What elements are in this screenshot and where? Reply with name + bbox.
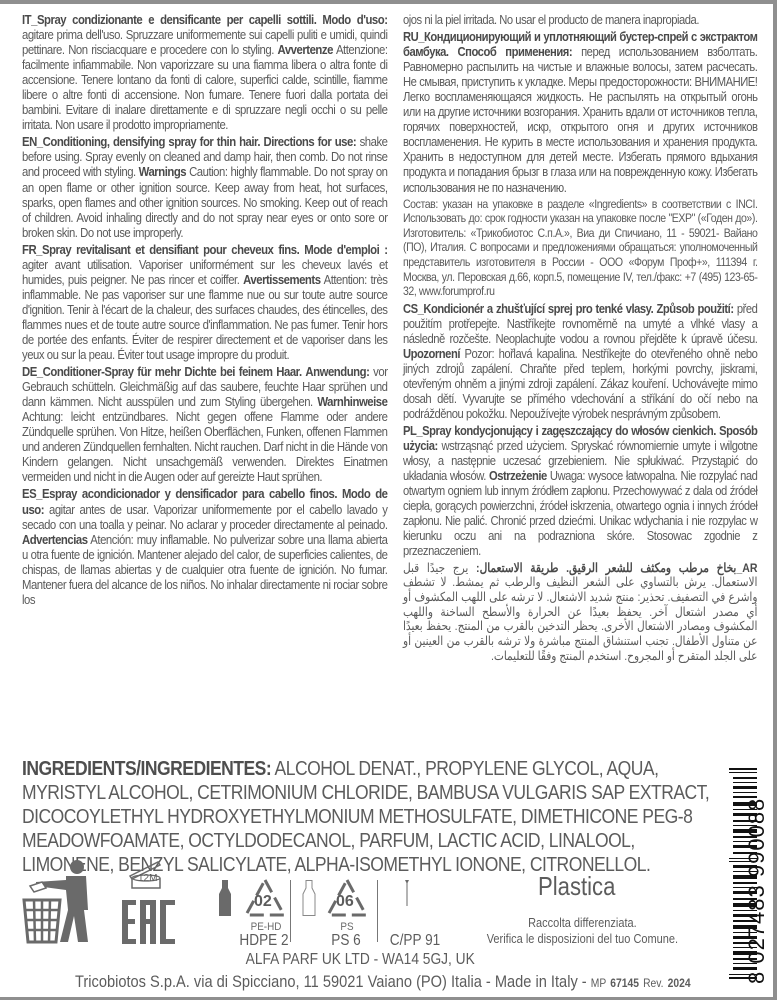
section-fr: FR_Spray revitalisant et densifiant pour…: [22, 242, 388, 362]
collection-note: Raccolta differenziata. Verifica le disp…: [468, 915, 697, 947]
ingredients-label: INGREDIENTS/INGREDIENTES:: [22, 757, 271, 780]
section-de-warn-label: Warnhinweise: [317, 394, 387, 409]
section-es-usage: agitar antes de usar. Vaporizar uniforme…: [22, 502, 388, 532]
section-cs: CS_Kondicionér a zhušťující sprej pro te…: [403, 301, 757, 421]
collection-text: Raccolta differenziata.: [468, 915, 697, 931]
section-it-usage: agitare prima dell'uso. Spruzzare unifor…: [22, 27, 388, 57]
section-ru: RU_Кондиционирующий и уплотняющий бустер…: [403, 29, 757, 195]
section-fr-title: FR_Spray revitalisant et densifiant pour…: [22, 242, 299, 257]
eac-mark-icon: [120, 898, 178, 946]
manufacturer-address: Tricobiotos S.p.A. via di Spicciano, 11 …: [75, 972, 587, 991]
section-cs-usage-label: Způsob použití:: [657, 301, 734, 316]
top-border: [0, 0, 777, 4]
right-border: [773, 0, 777, 1000]
section-en-title: EN_Conditioning, densifying spray for th…: [22, 134, 260, 149]
section-cs-title: CS_Kondicionér a zhušťující sprej pro te…: [403, 301, 653, 316]
section-it: IT_Spray condizionante e densificante pe…: [22, 12, 388, 132]
section-ar-prefix: AR_: [736, 561, 757, 575]
manufacturer-line: Tricobiotos S.p.A. via di Spicciano, 11 …: [75, 972, 691, 992]
section-ru-usage-label: Способ применения:: [458, 44, 573, 59]
ingredients-block: INGREDIENTS/INGREDIENTES: ALCOHOL DENAT.…: [22, 757, 723, 877]
recycle-02-name: HDPE 2: [239, 932, 290, 950]
section-fr-warn-label: Avertissements: [243, 272, 320, 287]
section-es-title: ES_Espray acondicionador y densificador …: [22, 486, 337, 501]
section-de-warn: Achtung: leicht entzündbares. Nicht gege…: [22, 409, 388, 484]
section-ru-info: Состав: указан на упаковке в разделе «In…: [403, 197, 757, 299]
section-ar: AR_بخاخ مرطب ومكثف للشعر الرقيق. طريقة ا…: [403, 561, 757, 664]
material-label: Plastica: [538, 871, 615, 902]
section-pl: PL_Spray kondycjonujący i zagęszczający …: [403, 423, 757, 558]
mp-value: 67145: [610, 976, 639, 990]
rev-value: 2024: [668, 976, 691, 990]
rev-label: Rev.: [643, 976, 663, 990]
section-es-continued: ojos ni la piel irritada. No usar el pro…: [403, 12, 757, 27]
section-cs-warn-label: Upozornení: [403, 346, 460, 361]
mp-label: MP: [591, 976, 606, 990]
section-es-warn-label: Advertencias: [22, 532, 88, 547]
section-it-title: IT_Spray condizionante e densificante pe…: [22, 12, 316, 27]
section-pl-warn-label: Ostrzeżenie: [489, 468, 547, 483]
section-fr-usage-label: Mode d'emploi :: [304, 242, 387, 257]
section-ar-title: بخاخ مرطب ومكثف للشعر الرقيق. طريقة الاس…: [476, 561, 736, 575]
recycle-02-number: 02: [254, 893, 272, 911]
pump-icon: [404, 880, 410, 906]
recycle-cpp-name: C/PP 91: [385, 932, 445, 950]
section-en-warn-label: Warnings: [139, 164, 186, 179]
section-pl-title: PL_Spray kondycjonujący i zagęszczający …: [403, 423, 716, 438]
verify-text: Verifica le disposizioni del tuo Comune.: [468, 931, 697, 947]
section-de-title: DE_Conditioner-Spray für mehr Dichte bei…: [22, 364, 302, 379]
uk-address: ALFA PARF UK LTD - WA14 5GJ, UK: [0, 951, 720, 969]
recycle-06-number: 06: [336, 893, 354, 911]
section-it-warn-label: Avvertenze: [278, 42, 333, 57]
divider: [290, 880, 291, 942]
bottle-hdpe-icon: [218, 880, 232, 916]
section-it-usage-label: Modo d'uso:: [322, 12, 387, 27]
barcode-digits: 8 027483 990088: [744, 798, 770, 984]
section-ar-body: يرج جيدًا قبل الاستعمال. يرش بالتساوي عل…: [403, 561, 757, 663]
section-en-usage-label: Directions for use:: [263, 134, 356, 149]
section-de: DE_Conditioner-Spray für mehr Dichte bei…: [22, 364, 388, 484]
right-text-column: ojos ni la piel irritada. No usar el pro…: [403, 12, 757, 665]
recycle-06-name: PS 6: [321, 932, 372, 950]
section-de-usage-label: Anwendung:: [305, 364, 369, 379]
bottle-ps-icon: [302, 880, 316, 916]
section-es: ES_Espray acondicionador y densificador …: [22, 486, 388, 606]
section-ru-usage: перед использованием взболтать. Равномер…: [403, 44, 757, 194]
tidyman-icon: [22, 860, 102, 945]
divider: [377, 880, 378, 942]
section-en: EN_Conditioning, densifying spray for th…: [22, 134, 388, 239]
left-text-column: IT_Spray condizionante e densificante pe…: [22, 12, 388, 609]
pao-label: 12M: [138, 873, 157, 884]
uk-address-text: ALFA PARF UK LTD - WA14 5GJ, UK: [245, 951, 474, 969]
